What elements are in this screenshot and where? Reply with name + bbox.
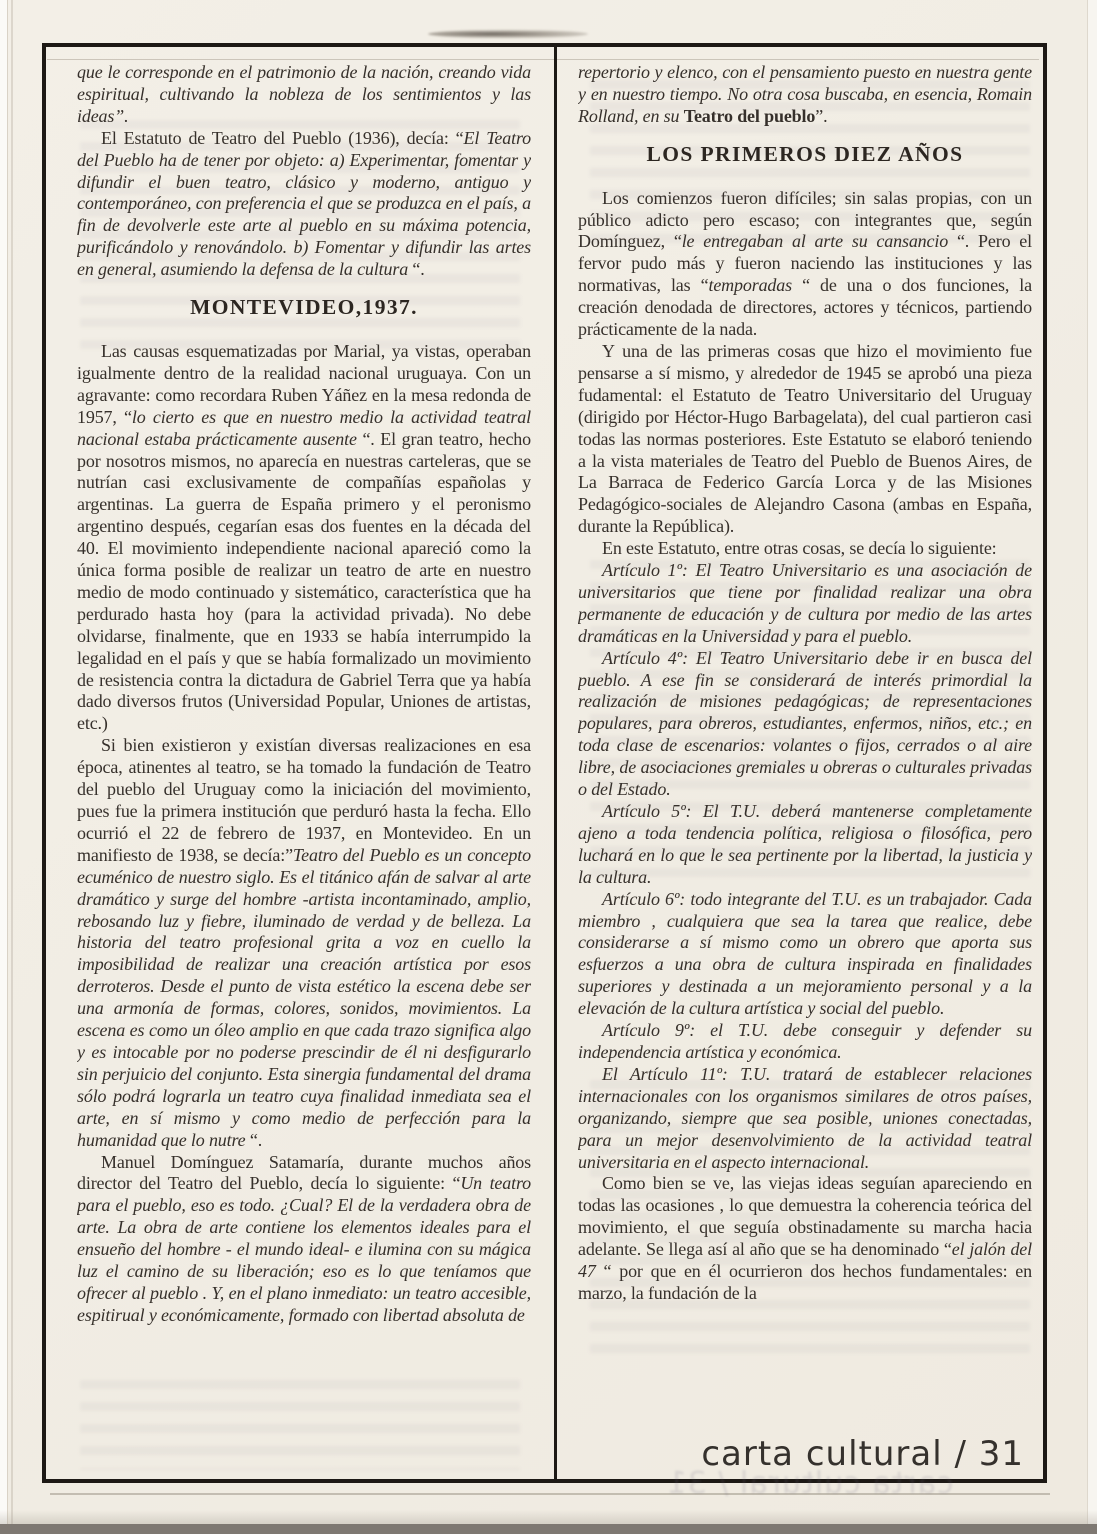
- left-column: que le corresponde en el patrimonio de l…: [77, 62, 531, 1472]
- text-segment: Y una de las primeras cosas que hizo el …: [578, 341, 1032, 536]
- magazine-page: que le corresponde en el patrimonio de l…: [0, 0, 1097, 1534]
- right-column: repertorio y elenco, con el pensamiento …: [578, 62, 1032, 1472]
- scan-smudge: [428, 30, 588, 38]
- text-segment: ”.: [815, 106, 827, 126]
- text-segment: Artículo 4º: El Teatro Universitario deb…: [578, 648, 1032, 799]
- page-edge-bottom-shadow: [0, 1510, 1097, 1524]
- text-segment: Artículo 6º: todo integrante del T.U. es…: [578, 889, 1032, 1019]
- text-segment: El Teatro del Pueblo ha de tener por obj…: [77, 128, 531, 279]
- paragraph: Y una de las primeras cosas que hizo el …: [578, 341, 1032, 538]
- paragraph: Si bien existieron y existían diversas r…: [77, 735, 531, 1151]
- paragraph: En este Estatuto, entre otras cosas, se …: [578, 538, 1032, 560]
- frame-inner-topline: [47, 59, 1039, 60]
- paragraph: Artículo 4º: El Teatro Universitario deb…: [578, 648, 1032, 801]
- text-segment: Teatro del pueblo: [684, 106, 815, 126]
- paragraph: El Artículo 11º: T.U. tratará de estable…: [578, 1064, 1032, 1174]
- text-segment: Teatro del Pueblo es un concepto ecuméni…: [77, 845, 531, 1150]
- text-segment: El Artículo 11º: T.U. tratará de estable…: [578, 1064, 1032, 1172]
- text-segment: temporadas: [708, 275, 802, 295]
- page-edge-bottom: [0, 1524, 1097, 1534]
- paragraph: que le corresponde en el patrimonio de l…: [77, 62, 531, 128]
- paragraph: Artículo 6º: todo integrante del T.U. es…: [578, 889, 1032, 1020]
- text-segment: Un teatro para el pueblo, eso es todo. ¿…: [77, 1173, 531, 1324]
- footer-ghost-bleed: carta cultural / 31: [600, 1466, 1020, 1501]
- text-segment: Artículo 9º: el T.U. debe conseguir y de…: [578, 1020, 1032, 1062]
- paragraph: Artículo 5º: El T.U. deberá mantenerse c…: [578, 801, 1032, 889]
- text-segment: “ por que en él ocurrieron dos hechos fu…: [578, 1261, 1032, 1303]
- text-segment: En este Estatuto, entre otras cosas, se …: [602, 538, 997, 558]
- page-edge-left: [0, 0, 8, 1534]
- page-edge-left-line: [11, 0, 13, 1534]
- paragraph: Las causas esquematizadas por Marial, ya…: [77, 341, 531, 735]
- text-segment: “. El gran teatro, hecho por nosotros mi…: [77, 429, 531, 734]
- text-segment: Artículo 1º: El Teatro Universitario es …: [578, 560, 1032, 646]
- page-edge-right: [1087, 0, 1097, 1534]
- section-heading: LOS PRIMEROS DIEZ AÑOS: [578, 144, 1032, 166]
- column-divider: [554, 43, 557, 1483]
- paragraph: Los comienzos fueron difíciles; sin sala…: [578, 188, 1032, 341]
- paragraph: Artículo 9º: el T.U. debe conseguir y de…: [578, 1020, 1032, 1064]
- text-segment: “.: [412, 259, 424, 279]
- paragraph: Manuel Domínguez Satamaría, durante much…: [77, 1152, 531, 1327]
- text-segment: El Estatuto de Teatro del Pueblo (1936),…: [101, 128, 464, 148]
- text-segment: “.: [250, 1130, 262, 1150]
- text-segment: que le corresponde en el patrimonio de l…: [77, 62, 531, 126]
- paragraph: El Estatuto de Teatro del Pueblo (1936),…: [77, 128, 531, 281]
- section-heading: MONTEVIDEO,1937.: [77, 297, 531, 319]
- paragraph: Como bien se ve, las viejas ideas seguía…: [578, 1173, 1032, 1304]
- paragraph: repertorio y elenco, con el pensamiento …: [578, 62, 1032, 128]
- text-segment: Artículo 5º: El T.U. deberá mantenerse c…: [578, 801, 1032, 887]
- text-segment: le entregaban al arte su cansancio: [682, 231, 957, 251]
- paragraph: Artículo 1º: El Teatro Universitario es …: [578, 560, 1032, 648]
